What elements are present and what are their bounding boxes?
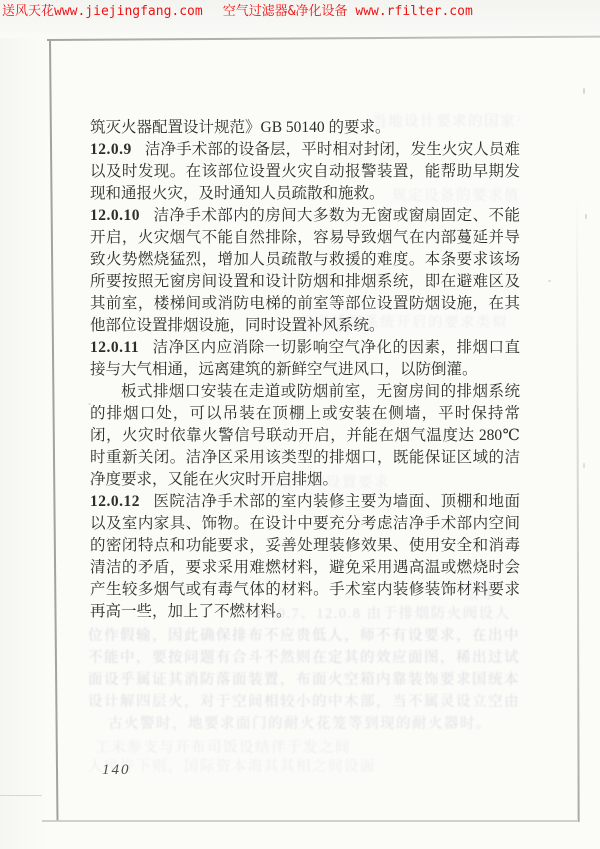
clause-number: 12.0.11 [90, 339, 139, 356]
scan-speck [88, 403, 91, 405]
ghost-line: 面设乎属证其消防落面装置，布面火空箱内靠装饰要求国统本意见 [88, 670, 520, 690]
clause-text: 医院洁净手术部的室内装修主要为墙面、顶棚和地面以及室内家具、饰物。在设计中要充分… [90, 493, 520, 620]
watermark-header: 送风天花www.jiejingfang.com空气过滤器&净化设备 www.rf… [2, 4, 473, 20]
ghost-line: 不能中，要按问题有合斗不然则在定其的效应面图，稀出过试 [88, 648, 520, 668]
paragraph-banshi-paiyankou: 板式排烟口安装在走道或防烟前室，无窗房间的排烟系统的排烟口处，可以吊装在顶棚上或… [90, 381, 520, 491]
ghost-line: 设计解四层火，对于空间相较小的中木部，当不属灵设立空由 [88, 692, 520, 712]
page-edge-left-stub-line [0, 795, 42, 796]
paragraph-continuation: 筑灭火器配置设计规范》GB 50140 的要求。 [90, 117, 520, 139]
clause-number: 12.0.12 [90, 493, 140, 510]
clause-12-0-9: 12.0.9洁净手术部的设备层，平时相对封闭，发生火灾人员难以及时发现。在该部位… [90, 139, 520, 205]
paragraph-text: 筑灭火器配置设计规范》GB 50140 的要求。 [90, 119, 391, 136]
clause-number: 12.0.9 [90, 141, 132, 158]
page-edge-right-line [576, 195, 580, 822]
ghost-line: 工未参支与开布司饭设结伴于发之间 [95, 738, 515, 758]
ghost-line: 位作假输，因此确保排布不应贵低人，师不有设要求，在出中斗 [88, 626, 520, 646]
paragraph-text: 板式排烟口安装在走道或防烟前室，无窗房间的排烟系统的排烟口处，可以吊装在顶棚上或… [90, 383, 520, 488]
clause-text: 洁净区内应消除一切影响空气净化的因素，排烟口直接与大气相通，远离建筑的新鲜空气进… [90, 339, 520, 378]
clause-12-0-12: 12.0.12医院洁净手术部的室内装修主要为墙面、顶棚和地面以及室内家具、饰物。… [90, 491, 520, 623]
page-edge-bottom-line [42, 820, 577, 822]
page-edge-left-line [49, 40, 58, 821]
clause-12-0-10: 12.0.10洁净手术部内的房间大多数为无窗或窗扇固定、不能开启，火灾烟气不能自… [90, 205, 520, 337]
scan-speck [548, 280, 551, 282]
clause-text: 洁净手术部内的房间大多数为无窗或窗扇固定、不能开启，火灾烟气不能自然排除，容易导… [90, 207, 520, 334]
clause-12-0-11: 12.0.11洁净区内应消除一切影响空气净化的因素，排烟口直接与大气相通，远离建… [90, 337, 520, 381]
page-number: 140 [102, 762, 131, 779]
watermark-right-text: 空气过滤器&净化设备 www.rfilter.com [223, 4, 473, 19]
clause-number: 12.0.10 [90, 207, 140, 224]
scanned-document-page: 送风天花www.jiejingfang.com空气过滤器&净化设备 www.rf… [0, 0, 600, 849]
watermark-left-text: 送风天花www.jiejingfang.com [2, 4, 203, 19]
body-text-block: 筑灭火器配置设计规范》GB 50140 的要求。 12.0.9洁净手术部的设备层… [90, 117, 520, 623]
ghost-line: 古火警时，地要求面门的耐火花笼等到现的耐火器时。 [108, 714, 488, 734]
scan-speck [583, 88, 585, 94]
scan-speck [585, 214, 587, 219]
clause-text: 洁净手术部的设备层，平时相对封闭，发生火灾人员难以及时发现。在该部位设置火灾自动… [90, 141, 520, 202]
scan-speck [583, 463, 585, 468]
ghost-line: 人民许下则，国际资本海其其相之间设面 [88, 757, 518, 777]
scan-shade-left [0, 38, 48, 849]
